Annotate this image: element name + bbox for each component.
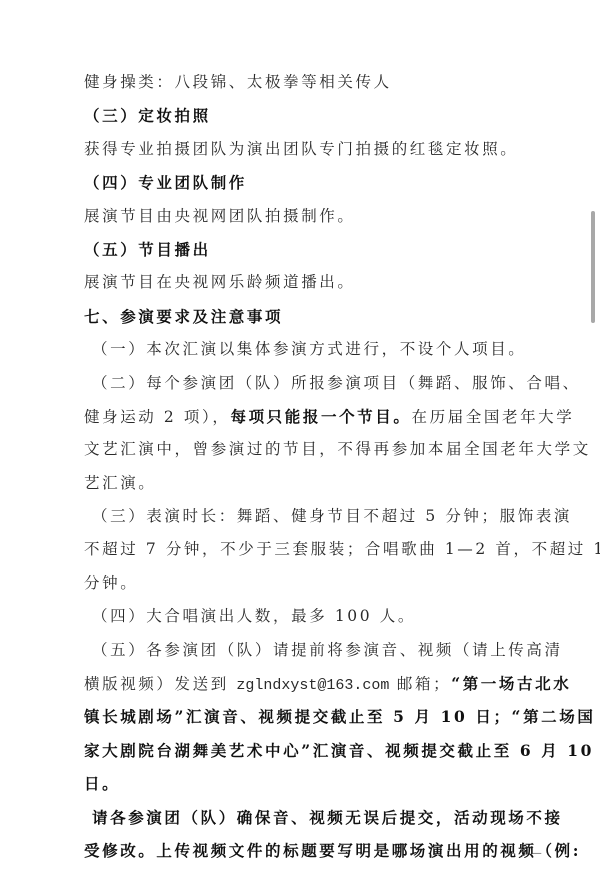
email-address: zglndxyst@163.com xyxy=(236,677,389,694)
text-segment: （四）专业团队制作 xyxy=(84,173,247,192)
text-segment: 家大剧院台湖舞美艺术中心”汇演音、视频提交截止至 6 月 10 xyxy=(84,741,594,760)
paragraph-line: 文艺汇演中，曾参演过的节目，不得再参加本届全国老年大学文 xyxy=(84,433,540,466)
text-segment: （五）节目播出 xyxy=(84,240,211,259)
text-segment: （四）大合唱演出人数，最多 100 人。 xyxy=(92,607,416,625)
section-heading: 七、参演要求及注意事项 xyxy=(84,300,540,333)
text-segment: （一）本次汇演以集体参演方式进行，不设个人项目。 xyxy=(92,340,526,358)
text-segment: （五）各参演团（队）请提前将参演音、视频（请上传高清 xyxy=(92,641,563,659)
text-segment: “第一场古北水 xyxy=(451,674,571,693)
text-segment: （三）表演时长：舞蹈、健身节目不超过 5 分钟；服饰表演 xyxy=(92,507,572,525)
text-segment: 请各参演团（队）确保音、视频无误后提交，活动现场不接 xyxy=(92,808,563,827)
paragraph-line: （二）每个参演团（队）所报参演项目（舞蹈、服饰、合唱、 xyxy=(84,367,540,400)
text-segment: （三）定妆拍照 xyxy=(84,106,211,125)
paragraph-line: 健身运动 2 项），每项只能报一个节目。在历届全国老年大学 xyxy=(84,400,540,433)
text-segment: 每项只能报一个节目。 xyxy=(230,407,411,426)
paragraph-line: （三）表演时长：舞蹈、健身节目不超过 5 分钟；服饰表演 xyxy=(84,500,540,533)
text-segment: 展演节目在央视网乐龄频道播出。 xyxy=(84,273,356,291)
paragraph-line: 获得专业拍摄团队为演出团队专门拍摄的红毯定妆照。 xyxy=(84,133,540,166)
paragraph-line: （五）各参演团（队）请提前将参演音、视频（请上传高清 xyxy=(84,634,540,667)
text-segment: 镇长城剧场”汇演音、视频提交截止至 5 月 10 日；“第二场国 xyxy=(84,707,595,726)
text-segment: 邮箱； xyxy=(389,675,451,693)
paragraph-line: 健身操类：八段锦、太极拳等相关传人 xyxy=(84,66,540,99)
text-segment: 七、参演要求及注意事项 xyxy=(84,307,283,326)
section-heading: （三）定妆拍照 xyxy=(84,99,540,132)
section-heading: （四）专业团队制作 xyxy=(84,166,540,199)
text-segment: （二）每个参演团（队）所报参演项目（舞蹈、服饰、合唱、 xyxy=(92,374,581,392)
text-segment: 分钟。 xyxy=(84,574,138,592)
paragraph-line: 受修改。上传视频文件的标题要写明是哪场演出用的视频（例: xyxy=(84,834,540,867)
text-segment: 在历届全国老年大学 xyxy=(411,408,574,426)
text-segment: 不超过 7 分钟，不少于三套服装；合唱歌曲 1—2 首，不超过 10 xyxy=(84,540,600,558)
vertical-scrollbar[interactable] xyxy=(588,0,600,890)
paragraph-line: 家大剧院台湖舞美艺术中心”汇演音、视频提交截止至 6 月 10 xyxy=(84,734,540,767)
text-segment: 健身操类：八段锦、太极拳等相关传人 xyxy=(84,73,392,91)
paragraph-line: 镇长城剧场”汇演音、视频提交截止至 5 月 10 日；“第二场国 xyxy=(84,700,540,733)
paragraph-line: 横版视频）发送到 zglndxyst@163.com 邮箱；“第一场古北水 xyxy=(84,667,540,700)
paragraph-line: （一）本次汇演以集体参演方式进行，不设个人项目。 xyxy=(84,333,540,366)
document-page: 健身操类：八段锦、太极拳等相关传人（三）定妆拍照获得专业拍摄团队为演出团队专门拍… xyxy=(0,0,600,890)
paragraph-line: 不超过 7 分钟，不少于三套服装；合唱歌曲 1—2 首，不超过 10 xyxy=(84,533,540,566)
paragraph-line: 请各参演团（队）确保音、视频无误后提交，活动现场不接 xyxy=(84,801,540,834)
paragraph-line: 展演节目由央视网团队拍摄制作。 xyxy=(84,200,540,233)
paragraph-line: 日。 xyxy=(84,767,540,800)
document-body: 健身操类：八段锦、太极拳等相关传人（三）定妆拍照获得专业拍摄团队为演出团队专门拍… xyxy=(84,66,540,867)
section-heading: （五）节目播出 xyxy=(84,233,540,266)
text-segment: 日。 xyxy=(84,774,120,793)
text-segment: 横版视频）发送到 xyxy=(84,675,236,693)
text-segment: 健身运动 2 项）， xyxy=(84,408,230,426)
text-segment: 获得专业拍摄团队为演出团队专门拍摄的红毯定妆照。 xyxy=(84,140,518,158)
paragraph-line: 展演节目在央视网乐龄频道播出。 xyxy=(84,266,540,299)
paragraph-line: （四）大合唱演出人数，最多 100 人。 xyxy=(84,600,540,633)
text-segment: 艺汇演。 xyxy=(84,474,156,492)
paragraph-line: 分钟。 xyxy=(84,567,540,600)
paragraph-line: 艺汇演。 xyxy=(84,467,540,500)
page-number: — 5 — xyxy=(505,848,543,859)
text-segment: 展演节目由央视网团队拍摄制作。 xyxy=(84,207,356,225)
scrollbar-thumb[interactable] xyxy=(591,211,595,323)
text-segment: 文艺汇演中，曾参演过的节目，不得再参加本届全国老年大学文 xyxy=(84,440,591,458)
